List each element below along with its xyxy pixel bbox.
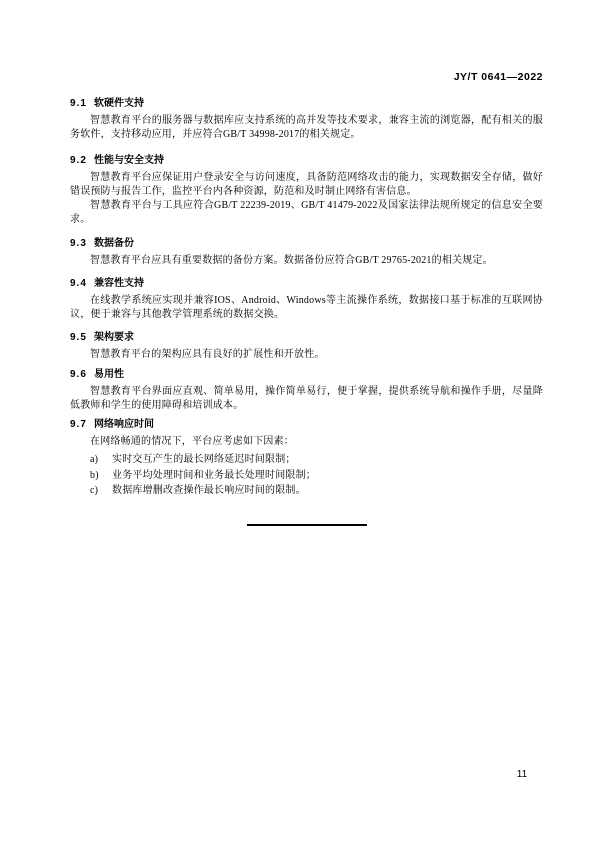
section-9-3: 9.3数据备份 智慧教育平台应具有重要数据的备份方案。数据备份应符合GB/T 2… [70, 237, 543, 268]
section-paragraph: 智慧教育平台界面应直观、简单易用，操作简单易行，便于掌握，提供系统导航和操作手册… [70, 385, 543, 413]
section-heading: 9.6易用性 [70, 368, 543, 382]
section-title: 兼容性支持 [94, 278, 144, 289]
list-item: b)业务平均处理时间和业务最长处理时间限制； [70, 468, 543, 484]
section-heading: 9.3数据备份 [70, 237, 543, 251]
standard-code-header: JY/T 0641—2022 [70, 70, 543, 84]
section-paragraph: 智慧教育平台应具有重要数据的备份方案。数据备份应符合GB/T 29765-202… [70, 254, 543, 268]
section-title: 架构要求 [94, 332, 134, 343]
section-number: 9.3 [70, 237, 94, 251]
section-paragraph: 智慧教育平台的服务器与数据库应支持系统的高并发等技术要求，兼容主流的浏览器，配有… [70, 114, 543, 142]
section-title: 网络响应时间 [94, 419, 154, 430]
section-heading: 9.5架构要求 [70, 331, 543, 345]
section-heading: 9.2性能与安全支持 [70, 154, 543, 168]
section-9-6: 9.6易用性 智慧教育平台界面应直观、简单易用，操作简单易行，便于掌握，提供系统… [70, 368, 543, 413]
section-number: 9.5 [70, 331, 94, 345]
section-9-5: 9.5架构要求 智慧教育平台的架构应具有良好的扩展性和开放性。 [70, 331, 543, 362]
section-paragraph: 在网络畅通的情况下，平台应考虑如下因素： [70, 435, 543, 449]
section-heading: 9.1软硬件支持 [70, 97, 543, 111]
section-number: 9.2 [70, 154, 94, 168]
section-number: 9.1 [70, 97, 94, 111]
section-number: 9.7 [70, 418, 94, 432]
section-heading: 9.7网络响应时间 [70, 418, 543, 432]
section-paragraph: 在线教学系统应实现并兼容IOS、Android、Windows等主流操作系统，数… [70, 294, 543, 322]
list-item-text: 业务平均处理时间和业务最长处理时间限制； [112, 470, 316, 481]
document-page: JY/T 0641—2022 9.1软硬件支持 智慧教育平台的服务器与数据库应支… [0, 0, 596, 842]
section-number: 9.4 [70, 277, 94, 291]
list-item-text: 实时交互产生的最长网络延迟时间限制； [112, 454, 296, 465]
page-number: 11 [512, 769, 532, 780]
section-9-7: 9.7网络响应时间 在网络畅通的情况下，平台应考虑如下因素： a)实时交互产生的… [70, 418, 543, 499]
section-9-2: 9.2性能与安全支持 智慧教育平台应保证用户登录安全与访问速度，具备防范网络攻击… [70, 154, 543, 227]
list-item: a)实时交互产生的最长网络延迟时间限制； [70, 452, 543, 468]
list-item: c)数据库增删改查操作最长响应时间的限制。 [70, 483, 543, 499]
section-heading: 9.4兼容性支持 [70, 277, 543, 291]
section-9-1: 9.1软硬件支持 智慧教育平台的服务器与数据库应支持系统的高并发等技术要求，兼容… [70, 97, 543, 142]
list-item-label: a) [90, 452, 112, 468]
list-item-label: c) [90, 483, 112, 499]
section-9-4: 9.4兼容性支持 在线教学系统应实现并兼容IOS、Android、Windows… [70, 277, 543, 322]
list-item-label: b) [90, 468, 112, 484]
section-title: 软硬件支持 [94, 98, 144, 109]
end-of-document-rule [247, 524, 367, 526]
factor-list: a)实时交互产生的最长网络延迟时间限制； b)业务平均处理时间和业务最长处理时间… [70, 452, 543, 499]
section-number: 9.6 [70, 368, 94, 382]
page-content: JY/T 0641—2022 9.1软硬件支持 智慧教育平台的服务器与数据库应支… [70, 70, 543, 526]
section-title: 数据备份 [94, 238, 134, 249]
section-paragraph: 智慧教育平台的架构应具有良好的扩展性和开放性。 [70, 348, 543, 362]
section-paragraph: 智慧教育平台与工具应符合GB/T 22239-2019、GB/T 41479-2… [70, 199, 543, 227]
list-item-text: 数据库增删改查操作最长响应时间的限制。 [112, 485, 306, 496]
section-title: 性能与安全支持 [94, 155, 164, 166]
section-title: 易用性 [94, 369, 124, 380]
section-paragraph: 智慧教育平台应保证用户登录安全与访问速度，具备防范网络攻击的能力，实现数据安全存… [70, 171, 543, 199]
